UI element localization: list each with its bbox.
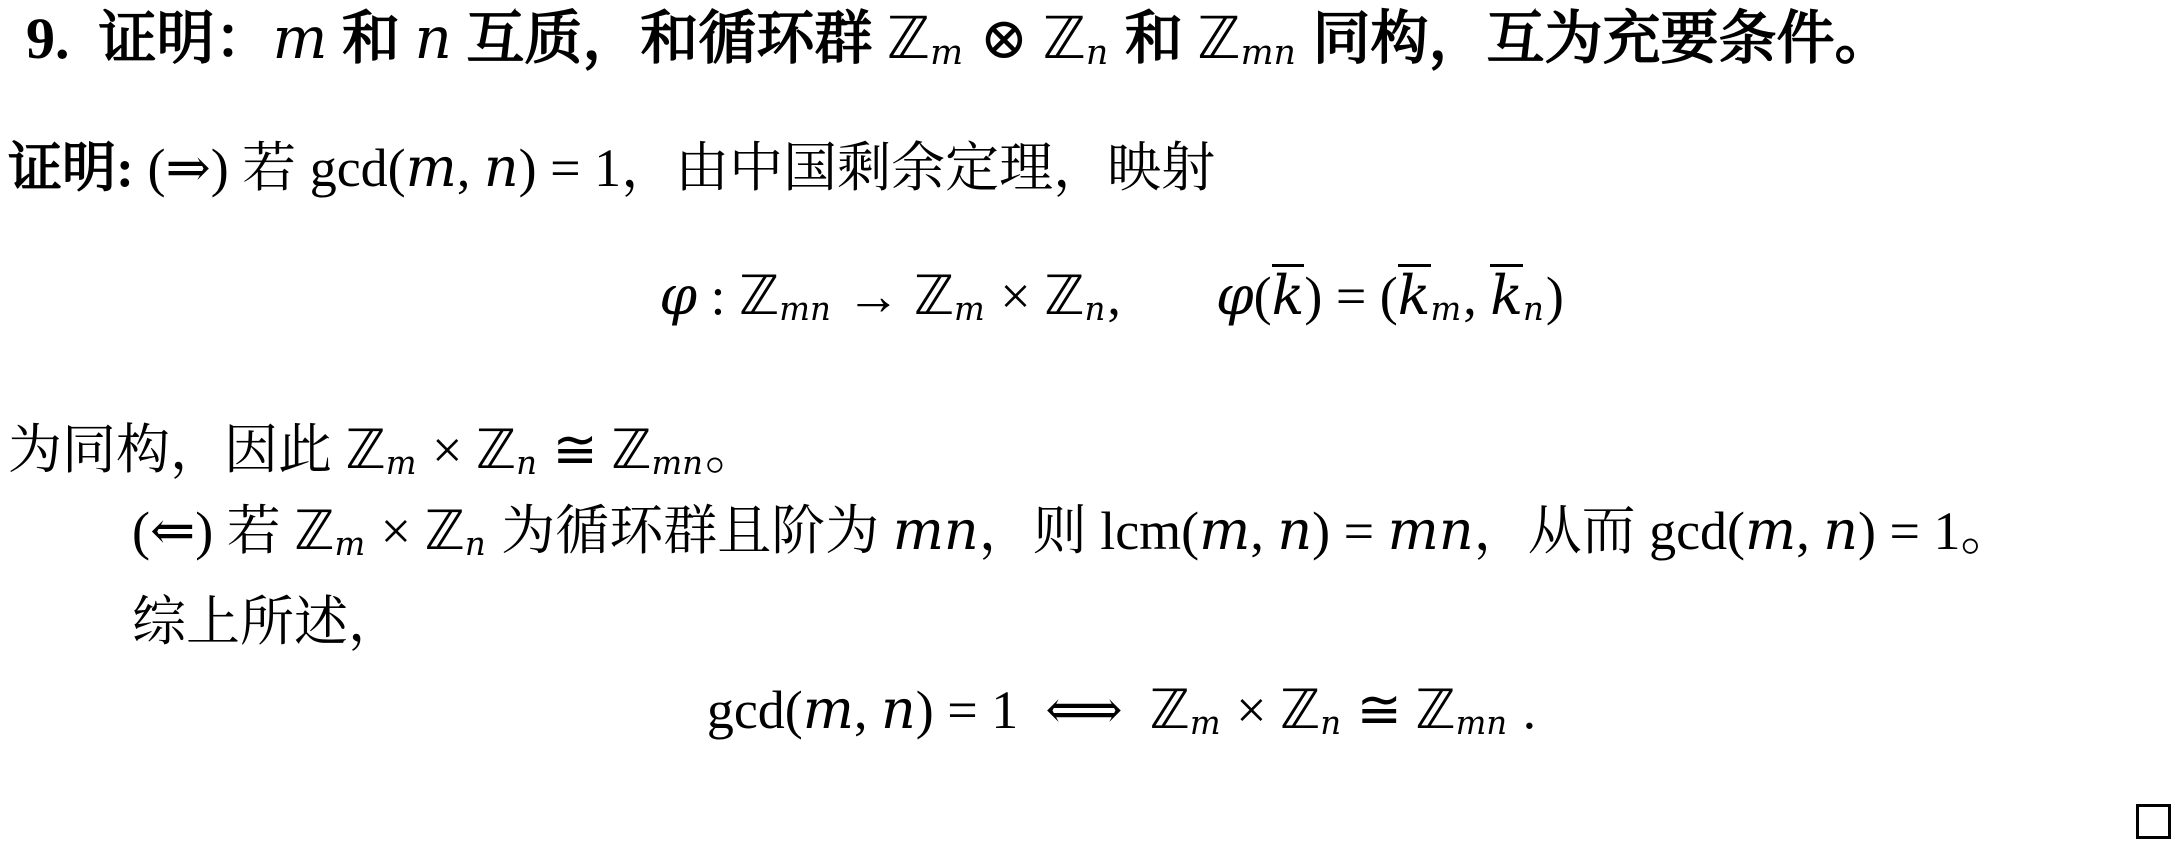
text-run: lcm( <box>1100 501 1199 561</box>
text-run: , <box>1107 266 1121 326</box>
text-run: k <box>1272 264 1305 323</box>
text-run: , <box>1463 266 1490 326</box>
text-run: ≅ <box>539 420 611 480</box>
text-run: mn <box>1388 499 1474 562</box>
text-run: gcd( <box>1649 501 1745 561</box>
text-run: m <box>1199 499 1250 562</box>
text-run: m <box>1190 704 1223 742</box>
text-run: 9. <box>26 6 99 71</box>
text-run: k <box>1398 264 1431 323</box>
text-run: ⊗ <box>965 6 1043 71</box>
text-run: ) = 1 <box>1858 501 1960 561</box>
text-run: φ <box>659 264 697 327</box>
text-run: , <box>457 138 484 198</box>
text-run: gcd( <box>310 138 406 198</box>
text-run: m <box>406 136 457 199</box>
text-run: 证明： <box>99 6 273 71</box>
text-run: 。 <box>1960 501 2014 561</box>
text-run: n <box>484 136 519 199</box>
text-run: m <box>803 678 854 741</box>
text-run: m <box>386 444 419 482</box>
text-run: ℤ <box>1280 678 1320 741</box>
text-run: : <box>697 266 739 326</box>
text-run: (⇒) <box>134 138 242 198</box>
text-run: n <box>1320 704 1343 742</box>
text-run: ，由中国剩余定理，映射 <box>621 138 1215 198</box>
text-run: 若 <box>242 138 310 198</box>
crt-map-equation: φ : ℤmn → ℤm × ℤn,φ(k) = (km, kn) <box>0 262 2173 331</box>
isomorphism-conclusion-line: 为同构，因此 ℤm × ℤn ≅ ℤmn。 <box>8 416 759 485</box>
text-run: ) = ( <box>1304 266 1397 326</box>
text-run: m <box>1745 499 1796 562</box>
text-run: , <box>1796 501 1823 561</box>
text-run: 。 <box>705 420 759 480</box>
reverse-direction-line: (⇐) 若 ℤm × ℤn 为循环群且阶为 mn，则 lcm(m, n) = m… <box>132 497 2014 566</box>
text-run <box>1123 680 1150 740</box>
text-run: ，从而 <box>1474 501 1650 561</box>
text-run: n <box>1084 290 1107 328</box>
text-run: → <box>833 266 914 326</box>
proof-start-line: 证明: (⇒) 若 gcd(m, n) = 1，由中国剩余定理，映射 <box>8 134 1215 203</box>
final-equivalence-equation: gcd(m, n) = 1 ⟺ ℤm × ℤn ≅ ℤmn . <box>0 676 2173 745</box>
text-run: 综上所述， <box>132 592 402 652</box>
text-run: ( <box>1254 266 1272 326</box>
text-run: n <box>1823 499 1858 562</box>
text-run: × <box>987 266 1044 326</box>
text-run: , <box>854 680 881 740</box>
text-run: ℤ <box>1043 4 1086 72</box>
text-run: 为循环群且阶为 <box>488 501 893 561</box>
text-run: ℤ <box>739 264 779 327</box>
text-run: n <box>415 4 452 72</box>
text-run: k <box>1490 264 1523 323</box>
text-run: . <box>1509 680 1536 740</box>
text-run: ℤ <box>1044 264 1084 327</box>
text-run: ℤ <box>887 4 930 72</box>
text-run: (⇐) <box>132 501 227 561</box>
text-run: ℤ <box>1197 4 1240 72</box>
text-run: ℤ <box>1150 678 1190 741</box>
text-run: 同构，互为充要条件。 <box>1298 6 1893 71</box>
text-run: 若 <box>227 501 295 561</box>
summary-lead-line: 综上所述， <box>132 589 402 657</box>
text-run: m <box>930 33 965 73</box>
text-run: φ <box>1216 264 1254 327</box>
text-run: n <box>516 444 539 482</box>
text-run: × <box>418 420 475 480</box>
text-run: 证明: <box>8 138 134 198</box>
text-run: gcd( <box>707 680 803 740</box>
text-run: ≅ <box>1343 680 1415 740</box>
text-run: 和 <box>328 6 415 71</box>
proof-document: 9. 证明：m 和 n 互质，和循环群 ℤm ⊗ ℤn 和 ℤmn 同构，互为充… <box>0 0 2173 842</box>
text-run: m <box>1431 290 1464 328</box>
text-run: ，则 <box>979 501 1101 561</box>
text-run: n <box>1277 499 1312 562</box>
text-run: ℤ <box>476 418 516 481</box>
text-run: n <box>1523 290 1546 328</box>
text-run: mn <box>893 499 979 562</box>
text-run: 和 <box>1110 6 1197 71</box>
text-run: , <box>1250 501 1277 561</box>
text-run: 互质，和循环群 <box>452 6 887 71</box>
text-run: 为同构，因此 <box>8 420 346 480</box>
text-run: ⟺ <box>1045 680 1122 740</box>
text-run: mn <box>1241 33 1298 73</box>
text-run: ℤ <box>425 499 465 562</box>
text-run: m <box>273 4 328 72</box>
text-run: × <box>1223 680 1280 740</box>
text-run: ℤ <box>294 499 334 562</box>
text-run: ℤ <box>611 418 651 481</box>
text-run: n <box>881 678 916 741</box>
text-run: mn <box>651 444 705 482</box>
text-run: ) = 1 <box>916 680 1045 740</box>
text-run: m <box>334 525 367 563</box>
text-run: ℤ <box>914 264 954 327</box>
text-run: mn <box>1456 704 1510 742</box>
text-run: ) = <box>1312 501 1387 561</box>
text-run: mn <box>779 290 833 328</box>
qed-box <box>2136 804 2171 839</box>
problem-heading: 9. 证明：m 和 n 互质，和循环群 ℤm ⊗ ℤn 和 ℤmn 同构，互为充… <box>26 2 1893 76</box>
text-run: n <box>1086 33 1110 73</box>
text-run: ℤ <box>346 418 386 481</box>
text-run: × <box>367 501 424 561</box>
text-run: n <box>465 525 488 563</box>
text-run: ) <box>1546 266 1564 326</box>
text-run: ) = 1 <box>519 138 621 198</box>
text-run: ℤ <box>1415 678 1455 741</box>
text-run: m <box>954 290 987 328</box>
